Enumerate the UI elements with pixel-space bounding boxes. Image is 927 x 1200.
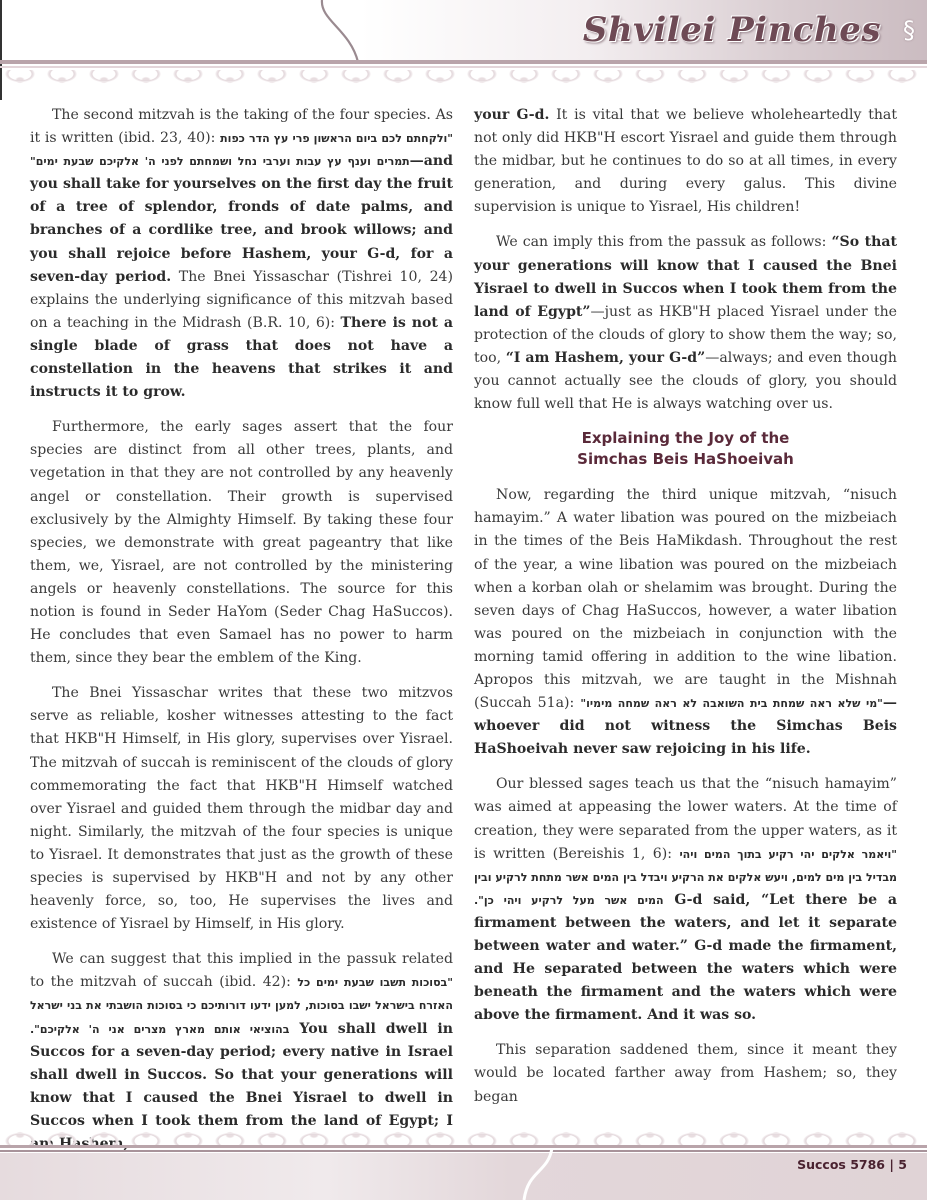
header-curve-decoration [320,0,380,64]
scroll-ornament-border-top [0,70,927,92]
footer-separator: | [889,1157,894,1172]
subheading-line: Explaining the Joy of the [474,428,897,449]
header-rule [0,60,927,64]
paragraph-continued: your G-d. It is vital that we believe wh… [474,104,897,219]
paragraph-separation: This separation saddened them, since it … [474,1039,897,1108]
paragraph-early-sages: Furthermore, the early sages assert that… [30,416,453,670]
footer-rule-thin [0,1150,927,1152]
issue-name: Succos 5786 [797,1157,885,1172]
paragraph-text: Now, regarding the third unique mitzvah,… [474,487,897,711]
paragraph-bnei-yissaschar: The Bnei Yissaschar writes that these tw… [30,682,453,936]
paragraph-text: We can imply this from the passuk as fol… [496,234,831,250]
footer-rule [0,1145,927,1148]
right-column: your G-d. It is vital that we believe wh… [474,104,897,1121]
footer-curve-decoration [520,1148,560,1200]
left-column: The second mitzvah is the taking of the … [30,104,453,1168]
footer-banner [0,1153,927,1200]
bold-quote: “I am Hashem, your G-d” [506,350,706,366]
section-subheading: Explaining the Joy of the Simchas Beis H… [474,428,897,470]
bold-continuation: your G-d. [474,107,549,123]
subheading-line: Simchas Beis HaShoeivah [474,449,897,470]
swirl-ornament-right-icon: § [903,16,915,44]
page-number: 5 [898,1157,907,1172]
bold-translation: G-d said, “Let there be a firmament betw… [474,892,897,1023]
paragraph-nisuch-hamayim: Now, regarding the third unique mitzvah,… [474,484,897,761]
paragraph-four-species: The second mitzvah is the taking of the … [30,104,453,404]
page-footer-label: Succos 5786 | 5 [797,1157,907,1172]
bold-translation: —and you shall take for yourselves on th… [30,153,453,284]
paragraph-text: It is vital that we believe wholehearted… [474,107,897,215]
paragraph-imply-passuk: We can imply this from the passuk as fol… [474,231,897,416]
scroll-ornament-border-bottom [0,1123,927,1145]
header-rule-thin [0,66,927,68]
paragraph-lower-waters: Our blessed sages teach us that the “nis… [474,773,897,1027]
publication-title: Shvilei Pinches [583,10,881,50]
hebrew-quote: "מי שלא ראה שמחת בית השואבה לא ראה שמחה … [580,697,883,710]
